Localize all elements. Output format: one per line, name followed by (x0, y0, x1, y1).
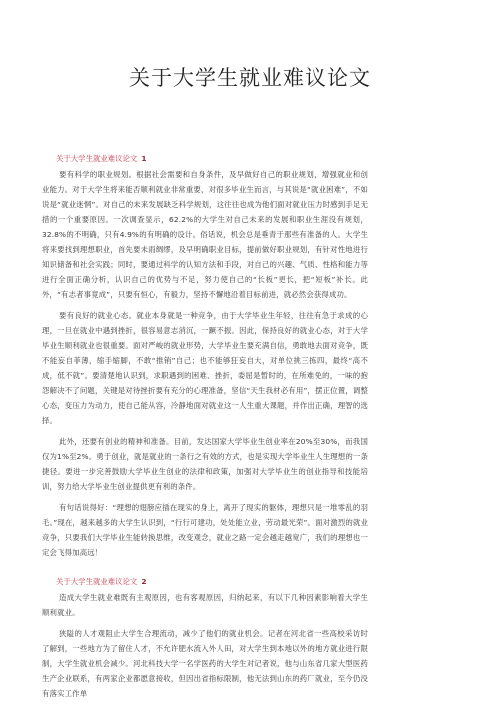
paragraph: 要有科学的职业规划。根据社会需要和自身条件，及早做好自己的职业规划，增强就业和创… (42, 167, 368, 302)
paragraph: 造成大学生就业难既有主观原因，也有客观原因，归纳起来，有以下几种因素影响着大学生… (42, 590, 368, 620)
paragraph: 有句话说得好：“理想的翅膀应插在现实的身上，离开了现实的躯体，理想只是一堆零乱的… (42, 500, 368, 560)
section-number: 2 (141, 577, 146, 586)
section-heading-text: 关于大学生就业难议论文 (56, 577, 137, 586)
section-heading-text: 关于大学生就业难议论文 (56, 154, 137, 163)
section-spacer (42, 566, 368, 576)
paragraph: 此外，还要有创业的精神和准备。目前，发达国家大学毕业生创业率在20%至30%，而… (42, 434, 368, 494)
document-title: 关于大学生就业难议论文 (0, 62, 500, 92)
section-heading-1: 关于大学生就业难议论文1 (56, 153, 368, 164)
paragraph: 要有良好的就业心态。就业本身就是一种竞争，由于大学毕业生年轻，往往有急于求成的心… (42, 308, 368, 428)
section-heading-2: 关于大学生就业难议论文2 (56, 576, 368, 587)
paragraph: 狭隘的人才观阻止大学生合理流动，减少了他们的就业机会。记者在河北省一些高校采访时… (42, 626, 368, 701)
section-number: 1 (141, 154, 146, 163)
document-body: 关于大学生就业难议论文1 要有科学的职业规划。根据社会需要和自身条件，及早做好自… (42, 153, 368, 707)
